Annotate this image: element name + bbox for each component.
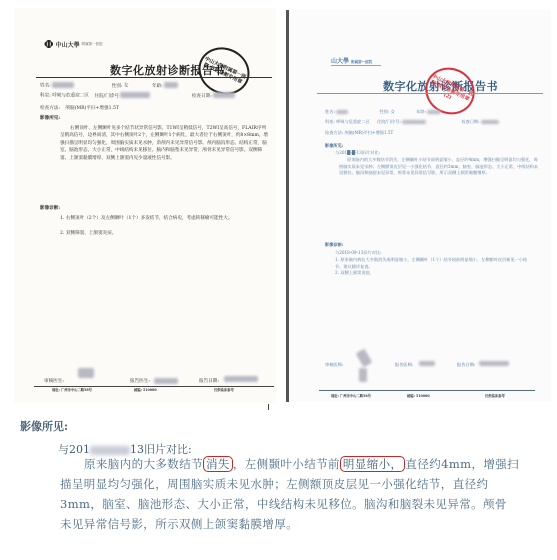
redacted-age	[164, 82, 178, 88]
redacted-report-date	[224, 376, 258, 382]
divider-mark	[268, 404, 269, 410]
redacted-report-date	[479, 361, 509, 366]
reviewer-label: 审核医师:	[325, 362, 343, 368]
excerpt-heading: 影像所见:	[20, 418, 68, 434]
redacted-reporter-name	[154, 378, 178, 384]
exam-date-label: 检查日期:	[461, 119, 479, 124]
excerpt-compare-line: 与20113旧片对比:	[58, 441, 192, 457]
impression-label: 影像诊断:	[325, 241, 343, 248]
footer-postcode: 邮编: 510080	[407, 393, 430, 398]
line1-text-c: 直径约4mm，增强扫	[405, 457, 519, 471]
redacted-ward-number	[402, 120, 426, 124]
signature-row: 审核医生: 报告医生: 报告日期:	[34, 378, 274, 387]
right-report-page: 山大學 附属第一医院 数字化放射诊断报告书 中山大学附属第一医院 放射诊断专用章…	[286, 10, 551, 402]
hospital-emblem-icon: Φ	[44, 38, 54, 51]
sex-label: 性别:	[112, 84, 123, 89]
hospital-logo: Φ 中山大學 附属第一医院	[44, 38, 103, 51]
footer-postcode: 邮编: 510080	[134, 387, 157, 392]
impression-item-1: 1. 右侧顶叶（2个）及左侧颞叶（1个）多发结节，结合病史，考虑转移瘤可能性大。	[60, 215, 270, 222]
stamp-text: 中山大学附属第一医院 放射诊断专用章 (2)	[425, 73, 474, 109]
reporter-label: 报告医师:	[395, 362, 413, 368]
findings-label: 影像所见:	[40, 115, 60, 122]
compare-prefix: 与201	[58, 443, 90, 456]
findings-text: 原来脑内的大多数结节消失，左侧颞叶小结节前明显缩小，直径约4mm，增强扫描呈明显…	[339, 157, 539, 177]
hospital-name: 中山大學	[56, 40, 80, 49]
patient-info-row-1: 姓名: 性别: 女 年龄:	[325, 108, 441, 115]
name-label: 姓名:	[325, 109, 335, 114]
patient-info-row-2: 科室: 呼吸与危重症二区 住院/门诊号: 检查日期:	[325, 118, 499, 125]
excerpt-line-4: 未见异常信号影，所示双侧上颌窦黏膜增厚。	[60, 516, 550, 532]
redacted-age	[427, 110, 441, 114]
exam-method-value: 颅脑(MR)平扫+增强1.5T	[345, 130, 394, 135]
title-divider	[317, 93, 543, 94]
dept-label: 科室:	[40, 94, 51, 99]
reviewer-label: 审核医生:	[44, 378, 64, 385]
exam-method-label: 检查方法:	[40, 106, 60, 111]
footer-note: 仅供临床参考	[485, 393, 505, 398]
sex-value: 女	[391, 109, 395, 114]
hospital-subname: 附属第一医院	[82, 42, 103, 47]
reporter-label: 报告医生:	[130, 378, 150, 385]
left-report-page: Φ 中山大學 附属第一医院 数字化放射诊断报告书 中山大学附属第一医院 放射诊断…	[14, 8, 276, 403]
impression-item-1: 1. 原来脑内病灶大多数消失或明显缩小，左侧颞叶（1个）结节较前明显缩小，左侧额…	[335, 257, 535, 270]
sex-value: 女	[124, 84, 129, 89]
redacted-reviewer-signature	[356, 349, 373, 368]
findings-text: 右侧顶叶、左侧颞叶见多个结节状异常信号影，T1WI呈稍低信号，T2WI呈高信号，…	[60, 125, 270, 162]
line1-text-a: 原来脑内的大多数结节	[84, 457, 203, 471]
stamp-text: 中山大学附属第一医院 放射诊断专用章	[200, 55, 249, 86]
exam-date-label: 检查日期:	[192, 94, 212, 99]
logo-underline	[331, 65, 381, 66]
ward-label: 住院/门诊号:	[377, 119, 401, 124]
excerpt-line-2: 描呈明显均匀强化，周围脑实质未见水肿；左侧额顶皮层见一小强化结节，直径约	[60, 476, 550, 492]
dept-label: 科室:	[325, 119, 335, 124]
age-label: 年龄:	[152, 84, 163, 89]
redacted-reviewer-signature	[78, 368, 94, 378]
redacted-exam-date	[213, 92, 235, 98]
exam-method-value: 颅脑(MR)平扫+增强1.5T	[65, 106, 119, 111]
impression-item-2: 2. 双侧上颌窦炎症。	[335, 270, 535, 277]
impression-compare: 与2018-09-13旧片对比:	[335, 250, 535, 257]
hospital-logo: 山大學 附属第一医院	[331, 56, 372, 65]
zoomed-findings-excerpt: 影像所见: 与20113旧片对比: 原来脑内的大多数结节消失，左侧颞叶小结节前明…	[0, 404, 557, 560]
sex-label: 性别:	[379, 109, 389, 114]
excerpt-line-3: 3mm，脑室、脑池形态、大小正常，中线结构未见移位。脑沟和脑裂未见异常。颅骨	[60, 496, 550, 512]
findings-label: 影像所见:	[325, 142, 343, 149]
footer-note: 仅供临床参考	[214, 387, 234, 392]
patient-info-row-1: 姓名: 性别: 女 年龄:	[40, 82, 178, 90]
hospital-subname: 附属第一医院	[351, 60, 372, 64]
highlight-disappeared: 消失	[203, 456, 233, 472]
footer-address: 地址: 广州市中山二路58号	[52, 387, 92, 392]
report-date-label: 报告日期:	[457, 362, 475, 368]
footer-divider	[319, 390, 535, 391]
line1-text-b: ，左侧颞叶小结节前	[233, 457, 340, 471]
footer-address: 地址: 广州市中山二路58号	[331, 393, 371, 398]
report-date-label: 报告日期:	[199, 378, 219, 385]
exam-method-row: 检查方法: 颅脑(MR)平扫+增强1.5T	[40, 105, 119, 112]
redacted-name	[336, 110, 348, 114]
name-label: 姓名:	[40, 84, 51, 89]
impression-label: 影像诊断:	[40, 205, 60, 212]
redacted-reviewer-stamp	[359, 368, 367, 382]
title-divider	[36, 77, 272, 78]
redacted-reporter-name	[419, 361, 435, 366]
dept-value: 呼吸与危重症二区	[336, 119, 370, 124]
hospital-name: 山大學	[331, 58, 349, 65]
age-label: 年龄:	[416, 109, 426, 114]
patient-info-row-2: 科室: 呼吸与危重症二区 住院/门诊号 检查日期:	[40, 92, 235, 100]
exam-method-label: 检查方法:	[325, 130, 343, 135]
impression-item-2: 2. 双侧筛窦、上颌窦炎症。	[60, 230, 270, 237]
redacted-exam-date	[481, 120, 499, 124]
excerpt-line-1: 原来脑内的大多数结节消失，左侧颞叶小结节前明显缩小，直径约4mm，增强扫	[84, 456, 557, 472]
findings-compare: 与201█-█-13旧片对比:	[335, 150, 535, 157]
redacted-name	[52, 82, 74, 88]
exam-method-row: 检查方法: 颅脑(MR)平扫+增强1.5T	[325, 129, 393, 136]
redacted-date	[90, 446, 130, 455]
redacted-ward-number	[120, 92, 150, 98]
compare-suffix: 13旧片对比:	[130, 443, 192, 456]
highlight-shrunk: 明显缩小，	[340, 456, 406, 472]
ward-label: 住院/门诊号	[94, 94, 119, 99]
dept-value: 呼吸与危重症二区	[52, 94, 89, 99]
